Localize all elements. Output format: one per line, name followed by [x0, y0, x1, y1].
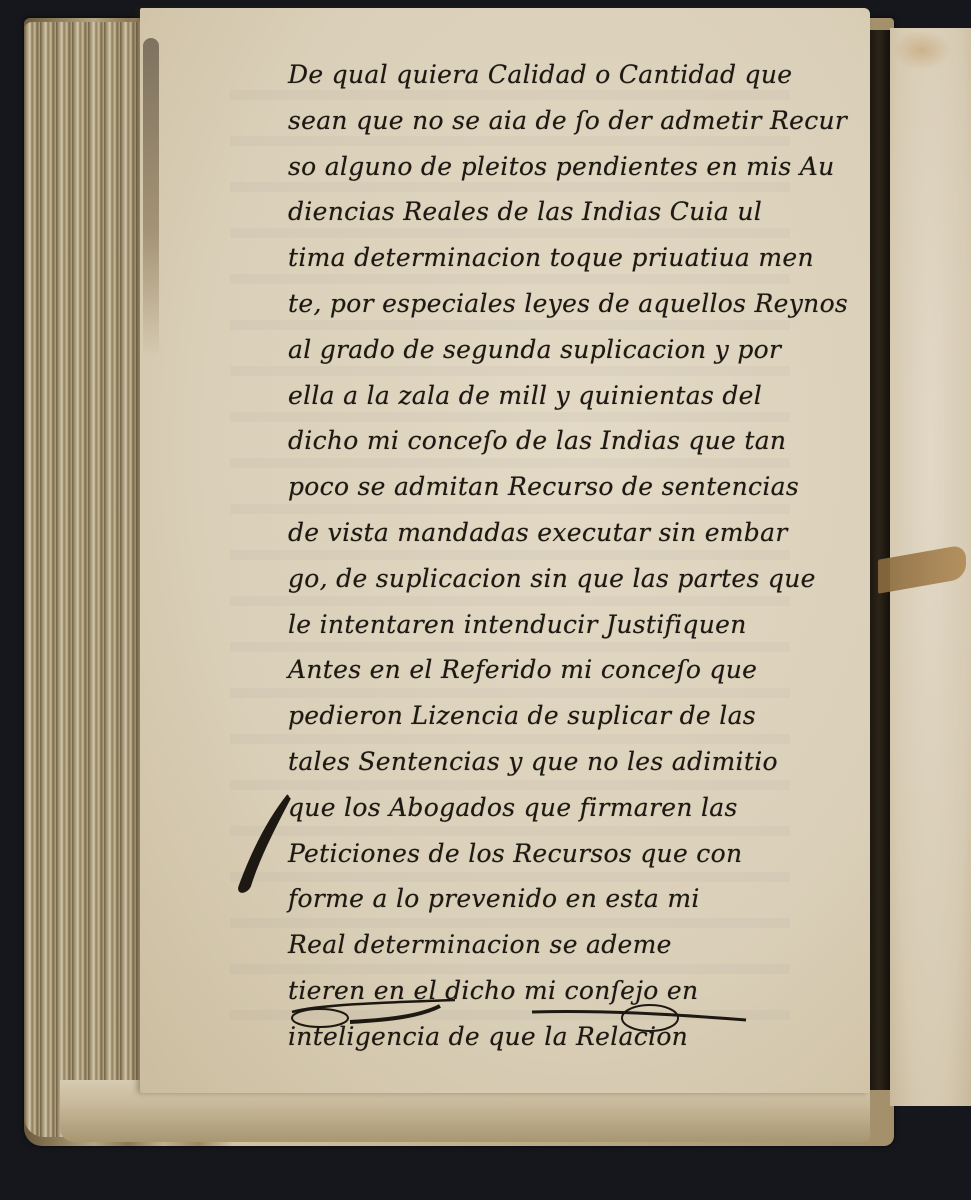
text-line: diencias Reales de las Indias Cuia ul	[288, 189, 758, 235]
text-line: tima determinacion toque priuatiua men	[288, 235, 758, 281]
text-line: poco se admitan Recurso de sentencias	[288, 464, 758, 510]
text-line: go, de suplicacion sin que las partes qu…	[288, 556, 758, 602]
text-line: Antes en el Referido mi conceſo que	[288, 647, 758, 693]
rubric-flourish-icon	[280, 990, 760, 1040]
text-line: tales Sentencias y que no les adimitio	[288, 739, 758, 785]
text-line: so alguno de pleitos pendientes en mis A…	[288, 144, 758, 190]
text-line: ella a la zala de mill y quinientas del	[288, 373, 758, 419]
text-line: Peticiones de los Recursos que con	[288, 831, 758, 877]
text-line: Real determinacion se ademe	[288, 922, 758, 968]
stain	[892, 30, 952, 70]
edge-stain	[143, 38, 159, 358]
text-line: te, por especiales leyes de aquellos Rey…	[288, 281, 758, 327]
page-edges	[24, 22, 154, 1137]
text-line: le intentaren intenducir Justifiquen	[288, 602, 758, 648]
text-line: pedieron Lizencia de suplicar de las	[288, 693, 758, 739]
text-line: De qual quiera Calidad o Cantidad que	[288, 52, 758, 98]
text-line: forme a lo prevenido en esta mi	[288, 876, 758, 922]
text-line: que los Abogados que firmaren las	[288, 785, 758, 831]
manuscript-text: De qual quiera Calidad o Cantidad que se…	[288, 52, 758, 1060]
text-line: al grado de segunda suplicacion y por	[288, 327, 758, 373]
text-line: dicho mi conceſo de las Indias que tan	[288, 418, 758, 464]
margin-flourish-icon	[228, 790, 298, 900]
text-line: sean que no se aia de ſo der admetir Rec…	[288, 98, 758, 144]
text-line: de vista mandadas executar sin embar	[288, 510, 758, 556]
